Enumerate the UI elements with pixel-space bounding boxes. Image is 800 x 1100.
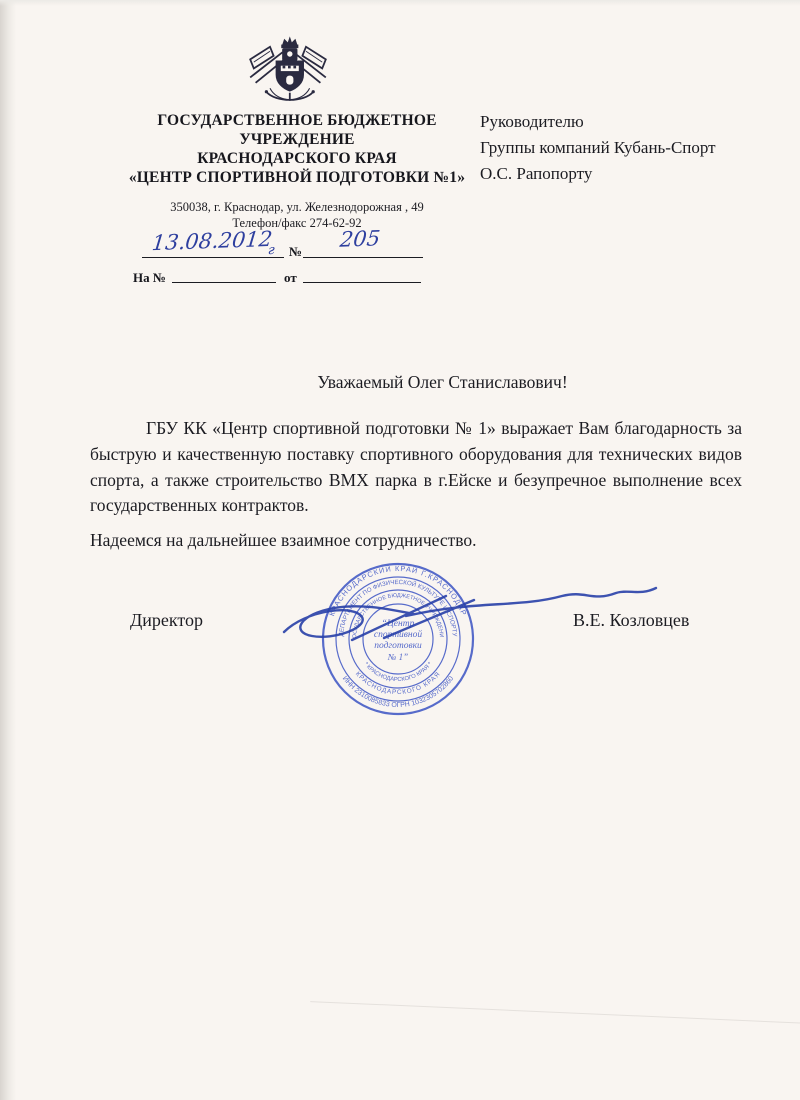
letterhead-address-block: 350038, г. Краснодар, ул. Железнодорожна… <box>85 199 509 231</box>
signer-title: Директор <box>130 610 203 631</box>
org-name-line: УЧРЕЖДЕНИЕ <box>85 130 509 149</box>
number-underline <box>303 257 423 258</box>
salutation: Уважаемый Олег Станиславович! <box>115 372 770 393</box>
coat-of-arms-icon <box>243 36 333 108</box>
closing-line: Надеемся на дальнейшее взаимное сотрудни… <box>90 530 477 551</box>
letterhead-org-block: ГОСУДАРСТВЕННОЕ БЮДЖЕТНОЕ УЧРЕЖДЕНИЕ КРА… <box>85 111 509 187</box>
address-line: 350038, г. Краснодар, ул. Железнодорожна… <box>85 199 509 215</box>
body-paragraph: ГБУ КК «Центр спортивной подготовки № 1»… <box>90 416 742 519</box>
recipient-block: Руководителю Группы компаний Кубань-Спор… <box>480 109 780 187</box>
phone-line: Телефон/факс 274-62-92 <box>85 215 509 231</box>
scanned-letter-page: ГОСУДАРСТВЕННОЕ БЮДЖЕТНОЕ УЧРЕЖДЕНИЕ КРА… <box>0 0 800 1100</box>
recipient-line: Руководителю <box>480 109 780 135</box>
ref-na-underline <box>172 282 276 283</box>
number-sign-label: № <box>289 244 302 260</box>
recipient-line: О.С. Рапопорту <box>480 161 780 187</box>
scan-edge-top <box>0 0 800 6</box>
org-name-line: «ЦЕНТР СПОРТИВНОЙ ПОДГОТОВКИ №1» <box>85 168 509 187</box>
org-name-line: КРАСНОДАРСКОГО КРАЯ <box>85 149 509 168</box>
date-underline <box>142 257 284 258</box>
org-name-line: ГОСУДАРСТВЕННОЕ БЮДЖЕТНОЕ <box>85 111 509 130</box>
paper-crease <box>310 1001 800 1024</box>
ref-ot-underline <box>303 282 421 283</box>
ref-na-label: На № <box>133 270 166 286</box>
handwritten-date: 13.08.2012 <box>151 227 274 255</box>
scan-edge-shadow <box>0 0 16 1100</box>
recipient-line: Группы компаний Кубань-Спорт <box>480 135 780 161</box>
ref-ot-label: от <box>284 270 297 286</box>
handwritten-signature <box>256 570 676 655</box>
handwritten-date-suffix: г <box>267 243 275 258</box>
handwritten-number: 205 <box>339 226 382 252</box>
